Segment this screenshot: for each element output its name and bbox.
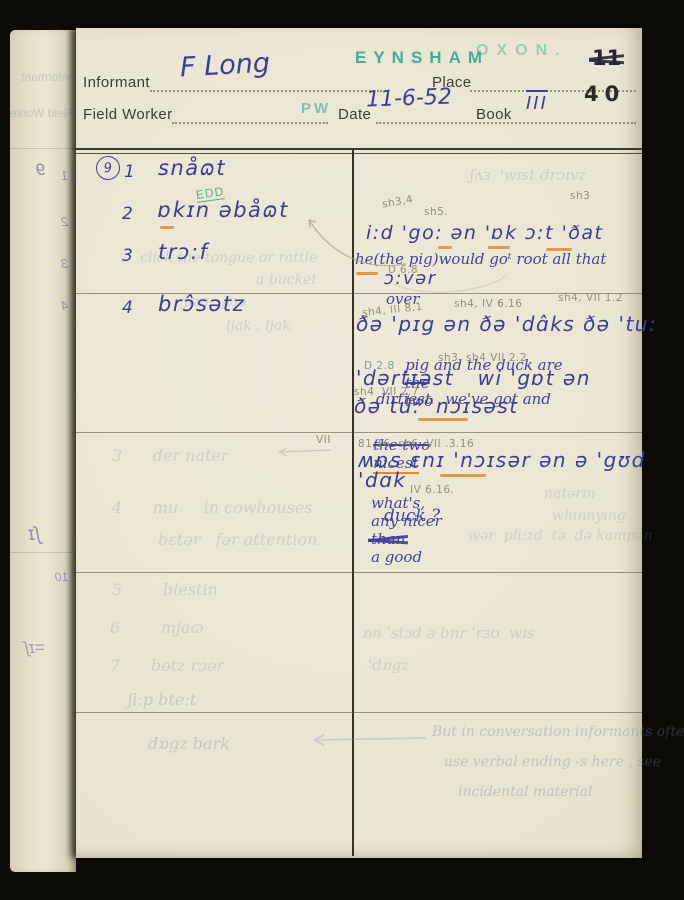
bleedthrough-text: 9	[36, 160, 45, 180]
bleedthrough-text: click the tongue or rattle	[140, 250, 317, 266]
item-number: 1	[124, 162, 136, 182]
pencil-note-line: But in conversation informants often	[432, 724, 684, 740]
notebook-page: EYNSHAM OXON. 11 Informant F Long Place …	[76, 28, 642, 858]
book-value: III	[526, 90, 548, 114]
bleedthrough-text: natərɪn	[544, 486, 595, 502]
orange-mark	[488, 246, 510, 249]
gloss-struck-word: than	[371, 530, 405, 548]
item-number: 3	[122, 246, 134, 266]
bleedthrough-rule	[10, 552, 76, 553]
table-top-rule	[76, 148, 642, 154]
bleedthrough-text: 4	[61, 298, 68, 313]
gloss-part: a good	[371, 548, 422, 566]
orange-mark	[160, 226, 174, 229]
informant-line	[150, 90, 382, 92]
bleedthrough-rule	[10, 148, 76, 149]
ghost-arrow-bottom	[314, 735, 426, 745]
bleedthrough-text: 4 mu in cowhouses	[112, 498, 313, 517]
bleedthrough-text: whinnying	[552, 508, 626, 524]
arrowhead	[309, 220, 316, 228]
pencil-note-line: use verbal ending -s here , see	[444, 754, 661, 770]
bleedthrough-text: 2	[61, 214, 68, 229]
informant-value: F Long	[179, 48, 270, 84]
ghost-arrow-left-cell	[279, 448, 331, 456]
bleedthrough-text: Field Worke	[10, 106, 74, 120]
previous-page-edge: Informant Field Worke 9 1 2 3 4 ʃɪ 10 =ɪ…	[10, 30, 76, 872]
informant-label: Informant	[83, 74, 150, 91]
pencil-ref: sh3	[570, 190, 590, 202]
field-worker-line	[172, 122, 328, 124]
phonetic-line: i:d 'go: ən 'ɒk ɔ:t 'ðat	[366, 222, 604, 244]
bleedthrough-text: 'dɒgz	[368, 656, 409, 674]
bleedthrough-text: 3	[61, 256, 68, 271]
field-worker-stamp: PW	[301, 100, 331, 117]
bleedthrough-text: 5 blestin	[112, 580, 218, 599]
bleedthrough-text: jɷʊ . jɷʊ	[184, 294, 246, 310]
orange-mark	[440, 474, 486, 477]
item-number: 2	[122, 204, 134, 224]
bleedthrough-text: 3 der nater	[112, 446, 229, 465]
book-label: Book	[476, 106, 512, 123]
bleedthrough-text: 10	[55, 570, 68, 584]
pencil-ref: sh3,4	[381, 193, 414, 210]
place-stamp: EYNSHAM	[355, 48, 489, 68]
pencil-ref: sh4, IV 6.16	[454, 298, 522, 310]
item-number: 4	[122, 298, 134, 318]
phonetic-line: ɔ:vər	[384, 268, 437, 289]
pencil-ref: sh3, sh4 VII 2.2	[438, 352, 527, 364]
item-phonetic: ɒkɪn əbåɷt	[158, 198, 289, 222]
row-rule-4	[76, 712, 642, 713]
field-worker-label: Field Worker	[83, 106, 173, 123]
pencil-ref: VII	[316, 434, 331, 446]
bleedthrough-text: wər pliːzd tə də kampən	[468, 528, 653, 544]
pencil-ref: sh5.	[424, 206, 448, 218]
pencil-note-line: incidental material	[458, 784, 593, 800]
bleedthrough-text: 6 mjaɷ	[110, 618, 204, 637]
county-stamp: OXON.	[476, 42, 568, 60]
orange-mark	[438, 246, 452, 249]
bleedthrough-text: =ɪʃ	[24, 638, 45, 658]
bleedthrough-text: ɒn ˈstɜd ə bnr ˈrɜʊ wɪs	[362, 624, 535, 642]
phonetic-line: ðə 'pɪg ən ðə 'dɑ̂ks ðə 'tu:	[356, 312, 657, 336]
bleedthrough-text: 1	[61, 168, 68, 183]
item-phonetic: snåɷt	[158, 156, 226, 180]
bleedthrough-text: 7 bɵtz rɔər	[110, 656, 224, 675]
bleedthrough-text: ʃɪ	[28, 524, 40, 546]
page-number: 40	[584, 82, 625, 106]
bleedthrough-text: ʃʌɜ 'wɪst drɔɪvz	[470, 166, 586, 184]
bleedthrough-text: dɒgz bark	[148, 734, 230, 753]
phonetic-line: 'dɑk	[358, 468, 406, 492]
struck-page-number: 11	[592, 46, 621, 70]
phonetic-line: ðə tu: 'nɔɪsəst	[354, 394, 519, 418]
bleedthrough-text: ljak , ljak	[226, 318, 291, 334]
scanned-notebook-photo: { "header": { "place_stamp": "EYNSHAM", …	[0, 0, 684, 900]
bleedthrough-text: Informant	[21, 70, 72, 84]
pencil-ref: sh4, VII 1.2	[558, 292, 623, 304]
bleedthrough-text: ʃiːp bteːt	[128, 690, 196, 709]
gloss-line: duck ?	[384, 506, 440, 526]
bleedthrough-text: a bucket	[256, 272, 317, 288]
section-number-circled: 9	[95, 155, 121, 181]
orange-mark	[356, 272, 378, 275]
date-value: 11-6-52	[366, 85, 453, 113]
bleedthrough-text: bɛtər fər attention	[158, 530, 317, 549]
pencil-ref: IV 6.16.	[410, 484, 454, 496]
